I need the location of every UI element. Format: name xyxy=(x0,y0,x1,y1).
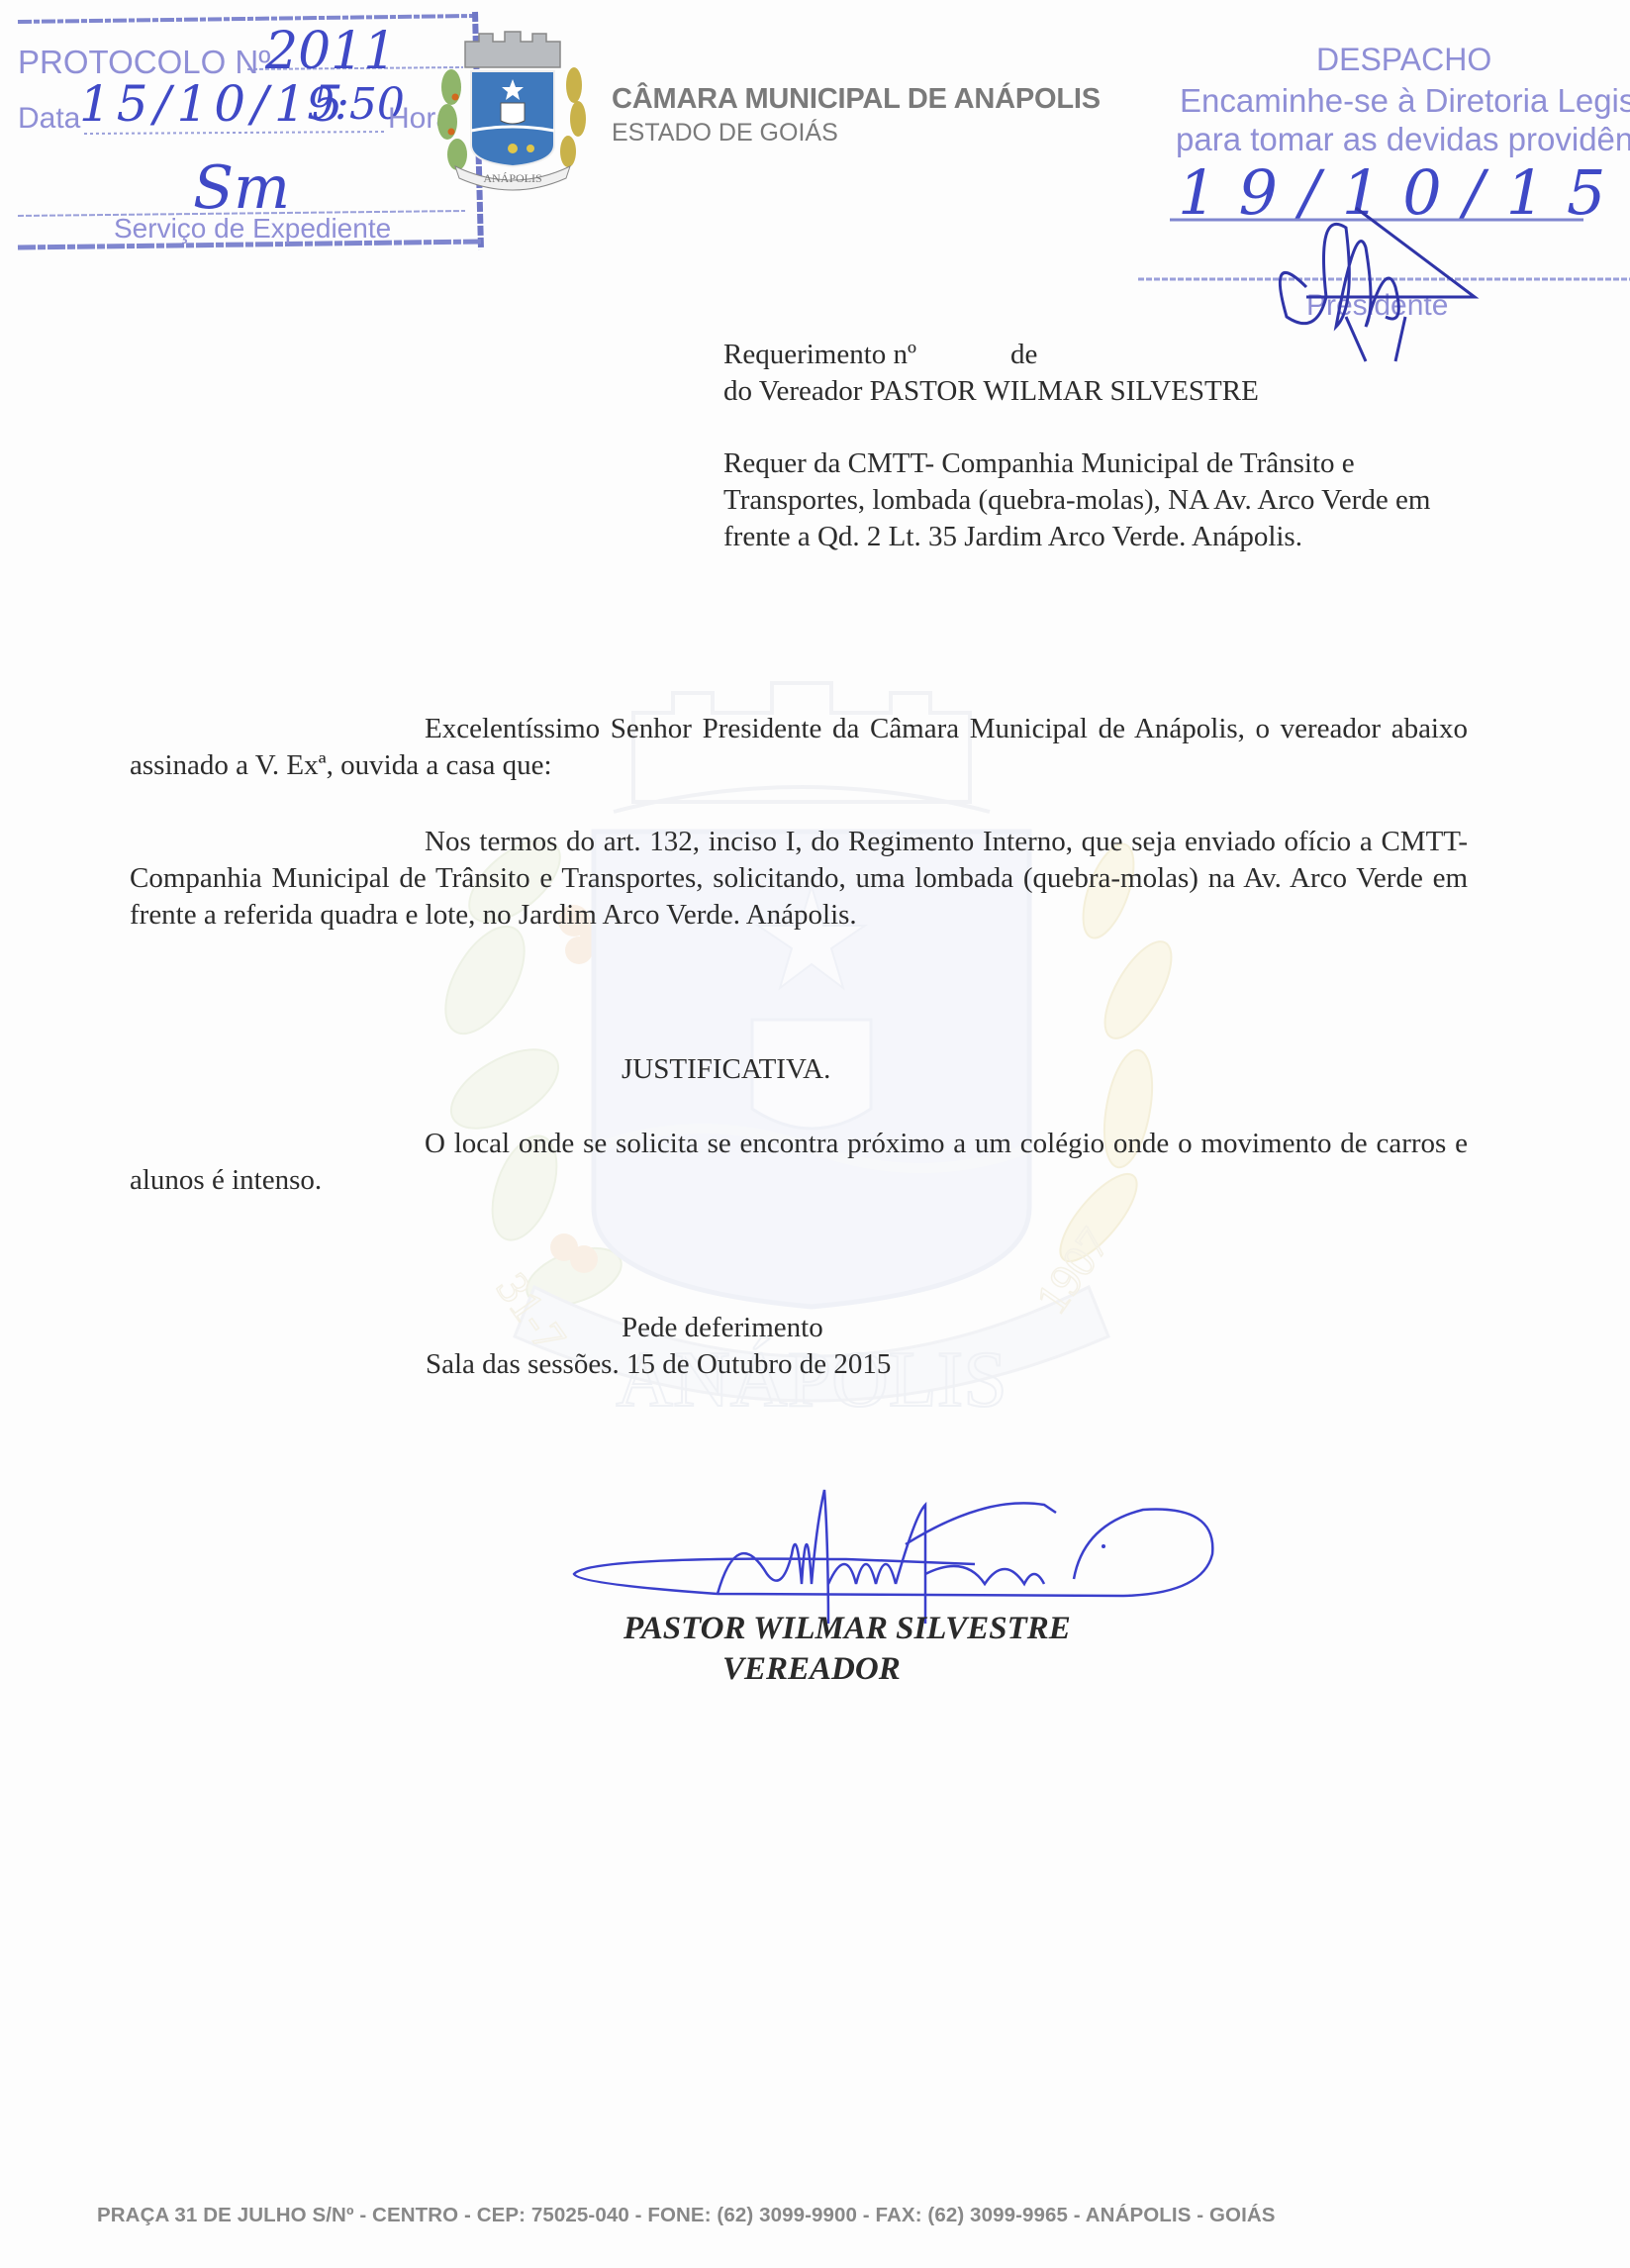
closing-date-place: Sala das sessões. 15 de Outubro de 2015 xyxy=(426,1346,891,1383)
requerimento-author: do Vereador PASTOR WILMAR SILVESTRE xyxy=(723,373,1476,410)
header-subtitle: ESTADO DE GOIÁS xyxy=(612,119,838,148)
despacho-stamp: DESPACHO Encaminhe-se à Diretoria Legisl… xyxy=(1108,30,1630,366)
handwritten-signature-icon xyxy=(569,1485,1222,1624)
closing-block: Pede deferimento Sala das sessões. 15 de… xyxy=(426,1310,891,1383)
servico-expediente-label: Serviço de Expediente xyxy=(114,213,391,245)
requerimento-summary: Requer da CMTT- Companhia Municipal de T… xyxy=(723,445,1436,555)
date-label: Data xyxy=(18,102,80,136)
paragraph-request: Nos termos do art. 132, inciso I, do Reg… xyxy=(130,824,1468,934)
paragraph-justification-text: O local onde se solicita se encontra pró… xyxy=(130,1128,1468,1196)
paragraph-salutation: Excelentíssimo Senhor Presidente da Câma… xyxy=(130,711,1468,784)
anapolis-coat-of-arms-icon: ANÁPOLIS xyxy=(435,28,589,191)
signer-role: VEREADOR xyxy=(722,1651,901,1688)
footer-address: PRAÇA 31 DE JULHO S/Nº - CENTRO - CEP: 7… xyxy=(97,2204,1276,2227)
paragraph-salutation-text: Excelentíssimo Senhor Presidente da Câma… xyxy=(130,713,1468,781)
requerimento-of-label: de xyxy=(1010,339,1037,370)
requerimento-block: Requerimento nºde do Vereador PASTOR WIL… xyxy=(723,337,1476,555)
watermark-date-right: 1907 xyxy=(1025,1219,1119,1323)
requerimento-number-label: Requerimento nº xyxy=(723,339,916,370)
paragraph-justification: O local onde se solicita se encontra pró… xyxy=(130,1126,1468,1199)
protocol-number-handwritten: 2011 xyxy=(265,22,396,81)
header-title: CÂMARA MUNICIPAL DE ANÁPOLIS xyxy=(612,83,1101,116)
justificativa-heading: JUSTIFICATIVA. xyxy=(622,1051,830,1088)
requerimento-number-line: Requerimento nºde xyxy=(723,337,1476,373)
closing-request: Pede deferimento xyxy=(426,1310,891,1346)
paragraph-request-text: Nos termos do art. 132, inciso I, do Reg… xyxy=(130,826,1468,931)
crest-banner-text: ANÁPOLIS xyxy=(483,171,541,185)
signer-name: PASTOR WILMAR SILVESTRE xyxy=(623,1611,1071,1647)
protocol-stamp: PROTOCOLO Nº 2011 Data 15/10/15 9:50 Hor… xyxy=(0,0,485,267)
